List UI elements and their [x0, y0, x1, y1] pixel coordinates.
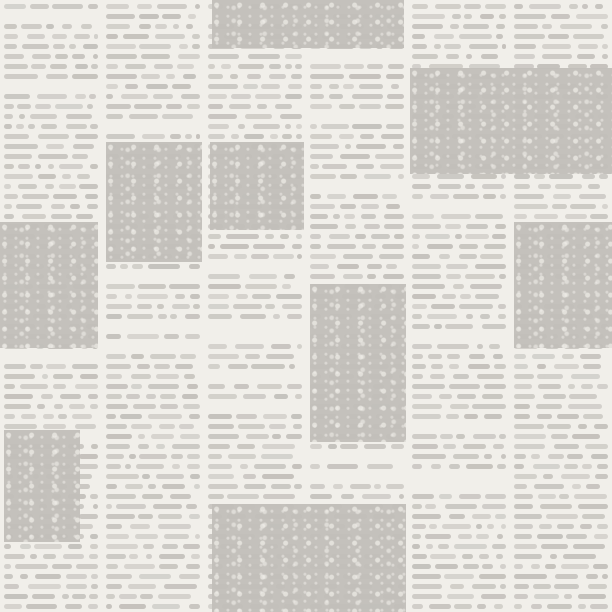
text-line	[496, 24, 505, 29]
text-line	[4, 424, 37, 429]
text-line	[208, 444, 230, 449]
text-line	[534, 174, 544, 179]
text-line	[514, 404, 530, 409]
text-line	[514, 454, 526, 459]
text-line	[434, 44, 441, 49]
text-line	[364, 444, 386, 449]
text-line	[597, 524, 608, 529]
text-line	[327, 464, 358, 469]
text-line	[89, 594, 98, 599]
text-line	[343, 274, 363, 279]
text-line	[233, 304, 261, 309]
text-line	[412, 304, 427, 309]
text-line	[85, 194, 98, 199]
text-line	[394, 234, 404, 239]
text-line	[166, 104, 183, 109]
text-line	[590, 604, 608, 609]
text-line	[597, 464, 608, 469]
text-line	[568, 384, 576, 389]
text-line	[41, 394, 53, 399]
text-line	[500, 564, 506, 569]
text-line	[482, 394, 502, 399]
text-line	[514, 174, 530, 179]
text-line	[412, 284, 445, 289]
text-line	[431, 364, 443, 369]
text-line	[190, 474, 200, 479]
text-line	[162, 114, 193, 119]
text-line	[284, 274, 295, 279]
grunge-block	[212, 504, 406, 612]
text-line	[285, 64, 292, 69]
text-line	[435, 4, 460, 9]
text-line	[475, 294, 500, 299]
text-line	[91, 584, 98, 589]
text-line	[595, 474, 608, 479]
text-line	[131, 424, 152, 429]
text-line	[106, 54, 137, 59]
text-line	[208, 284, 241, 289]
text-line	[482, 184, 504, 189]
text-line	[131, 354, 144, 359]
text-line	[180, 434, 200, 439]
text-line	[17, 104, 31, 109]
text-line	[572, 484, 580, 489]
text-line	[261, 454, 293, 459]
text-line	[412, 174, 430, 179]
text-line	[139, 14, 159, 19]
text-line	[90, 164, 98, 169]
text-line	[208, 74, 223, 79]
text-line	[255, 94, 281, 99]
text-line	[430, 194, 449, 199]
text-line	[4, 594, 28, 599]
text-line	[75, 64, 88, 69]
text-line	[182, 394, 197, 399]
text-line	[106, 24, 130, 29]
text-line	[386, 74, 404, 79]
text-line	[495, 514, 506, 519]
text-line	[4, 94, 30, 99]
text-line	[192, 34, 200, 39]
text-line	[79, 184, 98, 189]
text-line	[412, 414, 441, 419]
text-line	[189, 514, 200, 519]
text-line	[106, 94, 113, 99]
text-line	[548, 454, 564, 459]
text-line	[454, 604, 472, 609]
text-line	[444, 574, 474, 579]
text-line	[282, 284, 291, 289]
text-line	[142, 134, 164, 139]
text-line	[4, 214, 14, 219]
text-line	[179, 44, 188, 49]
text-line	[465, 274, 496, 279]
text-line	[93, 54, 98, 59]
text-line	[106, 394, 122, 399]
text-line	[546, 514, 577, 519]
text-line	[439, 394, 452, 399]
text-line	[4, 74, 38, 79]
text-line	[350, 484, 371, 489]
text-line	[412, 514, 441, 519]
text-line	[296, 134, 302, 139]
text-line	[190, 294, 200, 299]
text-line	[481, 54, 498, 59]
text-line	[238, 124, 246, 129]
text-line	[552, 204, 566, 209]
text-line	[89, 554, 98, 559]
text-line	[91, 64, 98, 69]
text-line	[294, 484, 302, 489]
text-line	[412, 404, 442, 409]
text-line	[106, 284, 135, 289]
text-line	[514, 594, 528, 599]
text-line	[457, 394, 476, 399]
text-line	[132, 264, 143, 269]
text-line	[106, 514, 135, 519]
text-line	[208, 464, 232, 469]
text-line	[106, 474, 139, 479]
text-line	[186, 564, 200, 569]
text-line	[269, 64, 281, 69]
text-line	[465, 234, 488, 239]
text-line	[572, 434, 601, 439]
text-line	[158, 514, 182, 519]
text-line	[121, 94, 148, 99]
text-line	[602, 204, 608, 209]
text-line	[106, 314, 122, 319]
text-line	[364, 174, 391, 179]
text-line	[483, 194, 496, 199]
text-line	[18, 164, 30, 169]
text-line	[531, 604, 542, 609]
text-line	[4, 54, 24, 59]
text-line	[38, 174, 56, 179]
text-line	[362, 494, 391, 499]
text-line	[22, 214, 45, 219]
text-line	[128, 584, 156, 589]
text-line	[295, 394, 302, 399]
text-line	[514, 474, 537, 479]
text-line	[459, 254, 477, 259]
text-line	[364, 224, 380, 229]
text-line	[131, 374, 151, 379]
text-line	[514, 414, 530, 419]
text-line	[4, 574, 13, 579]
text-line	[52, 4, 83, 9]
text-line	[53, 374, 73, 379]
text-line	[514, 464, 524, 469]
text-line	[588, 584, 607, 589]
text-line	[469, 354, 485, 359]
text-line	[4, 184, 11, 189]
text-line	[142, 474, 150, 479]
text-line	[379, 254, 404, 259]
text-line	[120, 414, 142, 419]
text-line	[310, 214, 328, 219]
text-line	[434, 34, 454, 39]
text-line	[139, 574, 171, 579]
text-line	[189, 264, 200, 269]
text-line	[500, 584, 506, 589]
text-line	[228, 454, 256, 459]
text-line	[371, 234, 390, 239]
text-line	[183, 404, 200, 409]
text-line	[141, 54, 170, 59]
text-line	[125, 64, 146, 69]
text-line	[4, 564, 11, 569]
text-line	[514, 544, 537, 549]
text-line	[412, 4, 428, 9]
text-line	[208, 274, 240, 279]
text-line	[542, 24, 552, 29]
text-line	[602, 574, 608, 579]
text-line	[412, 594, 442, 599]
text-line	[547, 604, 572, 609]
text-line	[157, 304, 165, 309]
text-line	[496, 554, 503, 559]
text-line	[18, 184, 37, 189]
text-line	[254, 464, 286, 469]
text-line	[4, 114, 13, 119]
text-line	[38, 134, 69, 139]
text-line	[271, 484, 291, 489]
text-line	[4, 154, 32, 159]
text-line	[45, 184, 54, 189]
text-line	[4, 374, 35, 379]
text-line	[155, 34, 185, 39]
text-line	[186, 24, 193, 29]
text-line	[69, 404, 86, 409]
text-line	[555, 184, 582, 189]
text-line	[66, 114, 92, 119]
text-line	[287, 384, 302, 389]
text-line	[548, 34, 568, 39]
text-line	[251, 254, 269, 259]
text-line	[179, 424, 194, 429]
text-line	[385, 104, 404, 109]
text-line	[4, 34, 18, 39]
text-line	[62, 24, 71, 29]
text-line	[536, 404, 562, 409]
text-line	[329, 94, 343, 99]
text-line	[562, 354, 574, 359]
text-line	[289, 364, 295, 369]
text-line	[32, 594, 56, 599]
text-line	[412, 554, 427, 559]
text-line	[412, 54, 438, 59]
text-line	[91, 444, 98, 449]
text-line	[345, 144, 351, 149]
text-line	[452, 14, 461, 19]
text-line	[180, 354, 195, 359]
text-line	[208, 314, 232, 319]
text-line	[485, 494, 506, 499]
text-line	[514, 504, 533, 509]
text-line	[480, 14, 495, 19]
text-line	[245, 284, 277, 289]
text-line	[88, 4, 98, 9]
text-line	[487, 524, 493, 529]
text-line	[139, 454, 168, 459]
text-line	[148, 484, 156, 489]
text-line	[466, 314, 473, 319]
text-line	[37, 404, 44, 409]
text-line	[140, 594, 153, 599]
text-line	[492, 544, 506, 549]
text-line	[532, 354, 554, 359]
text-line	[442, 524, 471, 529]
text-line	[514, 524, 533, 529]
text-line	[41, 124, 58, 129]
text-line	[187, 104, 200, 109]
text-line	[126, 394, 140, 399]
text-line	[66, 584, 87, 589]
text-line	[238, 64, 264, 69]
text-line	[412, 364, 426, 369]
text-line	[531, 454, 540, 459]
text-line	[195, 4, 200, 9]
text-line	[237, 444, 256, 449]
text-line	[156, 374, 179, 379]
text-line	[125, 484, 142, 489]
text-line	[246, 434, 269, 439]
text-line	[367, 264, 382, 269]
text-line	[175, 364, 192, 369]
text-line	[269, 424, 286, 429]
text-line	[183, 544, 200, 549]
text-line	[245, 114, 273, 119]
text-line	[398, 174, 404, 179]
text-line	[588, 184, 600, 189]
text-line	[577, 54, 595, 59]
text-line	[412, 434, 437, 439]
text-line	[322, 164, 347, 169]
text-line	[382, 194, 397, 199]
text-line	[106, 104, 131, 109]
text-line	[412, 244, 419, 249]
text-line	[564, 594, 572, 599]
text-line	[106, 304, 132, 309]
text-line	[280, 234, 289, 239]
text-line	[591, 454, 608, 459]
text-line	[106, 524, 122, 529]
text-line	[554, 584, 579, 589]
text-line	[35, 164, 42, 169]
text-line	[561, 564, 589, 569]
text-line	[551, 434, 569, 439]
text-line	[4, 384, 15, 389]
text-line	[514, 184, 530, 189]
text-line	[275, 104, 292, 109]
text-line	[4, 544, 11, 549]
text-line	[514, 44, 536, 49]
text-line	[208, 454, 222, 459]
text-line	[497, 464, 506, 469]
text-line	[158, 524, 190, 529]
text-line	[537, 364, 546, 369]
text-line	[586, 484, 600, 489]
text-line	[282, 134, 292, 139]
text-line	[574, 494, 606, 499]
text-line	[310, 74, 344, 79]
text-line	[453, 454, 479, 459]
text-line	[220, 244, 249, 249]
text-line	[66, 574, 87, 579]
text-line	[208, 474, 234, 479]
text-line	[172, 84, 192, 89]
text-line	[195, 534, 200, 539]
text-line	[166, 74, 175, 79]
text-line	[51, 214, 73, 219]
text-line	[106, 64, 118, 69]
text-line	[4, 364, 26, 369]
text-line	[158, 314, 167, 319]
text-line	[106, 504, 112, 509]
grunge-block	[212, 0, 404, 48]
text-line	[310, 84, 322, 89]
text-line	[344, 64, 364, 69]
text-line	[440, 434, 453, 439]
text-line	[75, 134, 98, 139]
text-line	[79, 514, 98, 519]
text-line	[459, 244, 478, 249]
text-line	[333, 484, 342, 489]
text-line	[374, 484, 381, 489]
text-line	[231, 134, 239, 139]
text-line	[106, 4, 129, 9]
text-line	[569, 394, 597, 399]
text-line	[480, 254, 503, 259]
text-line	[245, 354, 259, 359]
text-line	[4, 124, 12, 129]
text-line	[581, 384, 593, 389]
text-line	[578, 44, 598, 49]
text-line	[482, 564, 492, 569]
text-line	[412, 324, 430, 329]
text-line	[550, 554, 557, 559]
text-line	[177, 64, 195, 69]
text-line	[134, 104, 162, 109]
text-line	[137, 4, 153, 9]
text-line	[554, 444, 579, 449]
text-line	[393, 144, 404, 149]
grunge-block	[310, 284, 406, 442]
text-line	[179, 574, 200, 579]
text-line	[543, 474, 553, 479]
text-line	[172, 464, 180, 469]
text-line	[514, 34, 545, 39]
text-line	[55, 54, 68, 59]
text-line	[412, 184, 431, 189]
text-line	[310, 164, 319, 169]
text-line	[261, 84, 280, 89]
text-line	[208, 304, 229, 309]
text-line	[158, 594, 190, 599]
text-line	[208, 364, 220, 369]
text-line	[106, 454, 124, 459]
text-line	[412, 584, 442, 589]
text-line	[178, 54, 200, 59]
text-line	[286, 434, 302, 439]
grunge-block	[514, 222, 612, 348]
text-line	[439, 254, 450, 259]
text-line	[453, 374, 469, 379]
text-line	[247, 74, 261, 79]
text-line	[310, 464, 320, 469]
text-line	[137, 294, 169, 299]
text-line	[186, 504, 197, 509]
